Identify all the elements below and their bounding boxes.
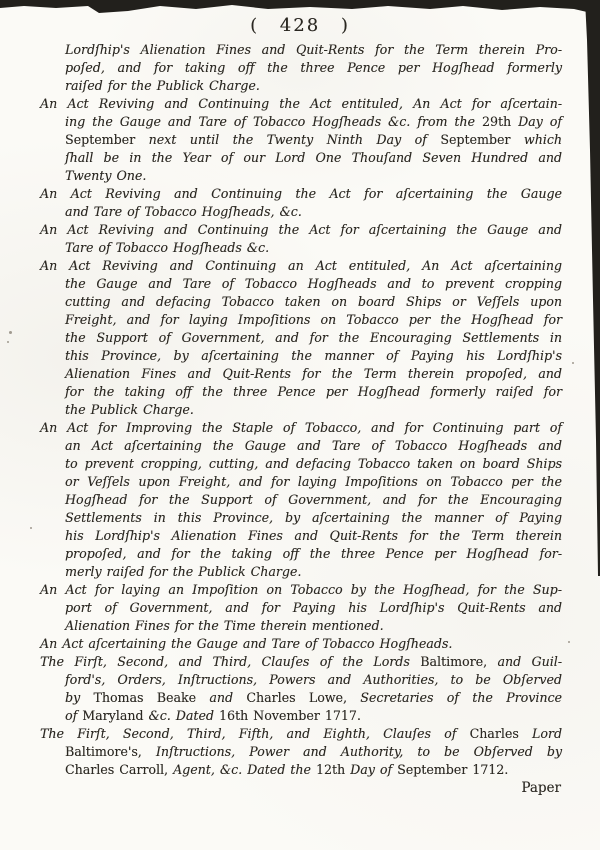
italic-text: Freight, and for laying Impoſitions on T… (65, 312, 562, 327)
italic-text: an Act aſcertaining the Gauge and Tare o… (65, 438, 562, 453)
text-line: Alienation Fines and Quit-Rents for the … (65, 365, 562, 383)
roman-text: 16th November 1717. (219, 708, 361, 723)
text-line: An Act aſcertaining the Gauge and Tare o… (40, 635, 562, 653)
italic-text: An Act for Improving the Staple of Tobac… (40, 420, 562, 435)
paragraph: The Firſt, Second, Third, Fifth, and Eig… (40, 725, 562, 779)
italic-text: An Act for laying an Impoſition on Tobac… (40, 582, 562, 597)
text-line: An Act Reviving and Continuing the Act f… (40, 221, 562, 239)
text-line: propoſed, and for the taking off the thr… (65, 545, 562, 563)
italic-text: and (196, 690, 246, 705)
text-line: An Act Reviving and Continuing an Act en… (40, 257, 562, 275)
roman-text: 12th (316, 762, 345, 777)
italic-text: propoſed, and for the taking off the thr… (65, 546, 562, 561)
book-page: ( 428 ) Lordſhip's Alienation Fines and … (0, 0, 600, 850)
text-line: Baltimore's, Inſtructions, Power and Aut… (65, 743, 562, 761)
text-line: to prevent cropping, cutting, and defaci… (65, 455, 562, 473)
text-line: The Firſt, Second, and Third, Clauſes of… (40, 653, 562, 671)
text-line: of Maryland &c. Dated 16th November 1717… (65, 707, 562, 725)
paper-speck (572, 362, 574, 364)
text-line: Lordſhip's Alienation Fines and Quit-Ren… (65, 41, 562, 59)
roman-text: Baltimore's, (65, 744, 142, 759)
italic-text: or Veſſels upon Freight, and for laying … (65, 474, 562, 489)
italic-text: Twenty One. (65, 168, 146, 183)
italic-text: for the taking off the three Pence per H… (65, 384, 562, 399)
italic-text: ſhall be in the Year of our Lord One Tho… (65, 150, 562, 165)
text-line: Tare of Tobacco Hogſheads &c. (65, 239, 562, 257)
italic-text: the Support of Government, and for the E… (65, 330, 562, 345)
paragraph: An Act for Improving the Staple of Tobac… (40, 419, 562, 581)
italic-text: &c. Dated (144, 708, 219, 723)
text-line: An Act Reviving and Continuing the Act f… (40, 185, 562, 203)
text-line: An Act for Improving the Staple of Tobac… (40, 419, 562, 437)
scan-edge-right (582, 0, 600, 576)
paper-speck (568, 641, 570, 643)
italic-text: Settlements in this Province, by aſcerta… (65, 510, 562, 525)
italic-text: An Act Reviving and Continuing the Act e… (40, 96, 562, 111)
text-line: ſhall be in the Year of our Lord One Tho… (65, 149, 562, 167)
italic-text: of (65, 708, 82, 723)
paragraph: An Act aſcertaining the Gauge and Tare o… (40, 635, 562, 653)
roman-text: September 1712. (397, 762, 508, 777)
italic-text: Lord (519, 726, 562, 741)
italic-text: raiſed for the Publick Charge. (65, 78, 260, 93)
italic-text: this Province, by aſcertaining the manne… (65, 348, 562, 363)
text-line: for the taking off the three Pence per H… (65, 383, 562, 401)
italic-text: Hogſhead for the Support of Government, … (65, 492, 562, 507)
italic-text: next until the Twenty Ninth Day of (135, 132, 440, 147)
text-line: cutting and defacing Tobacco taken on bo… (65, 293, 562, 311)
italic-text: port of Government, and for Paying his L… (65, 600, 562, 615)
roman-text: Maryland (82, 708, 143, 723)
italic-text: to prevent cropping, cutting, and defaci… (65, 456, 562, 471)
italic-text: The Firſt, Second, Third, Fifth, and Eig… (40, 726, 470, 741)
italic-text: Agent, &c. Dated the (168, 762, 316, 777)
roman-text: Thomas Beake (93, 690, 196, 705)
paper-speck (7, 341, 9, 343)
text-line: Charles Carroll, Agent, &c. Dated the 12… (65, 761, 562, 779)
italic-text: by (65, 690, 93, 705)
italic-text: Secretaries of the Province (347, 690, 562, 705)
paragraph: An Act for laying an Impoſition on Tobac… (40, 581, 562, 635)
roman-text: Baltimore, (420, 654, 487, 669)
italic-text: Lordſhip's Alienation Fines and Quit-Ren… (65, 42, 562, 57)
text-line: merly raiſed for the Publick Charge. (65, 563, 562, 581)
text-line: this Province, by aſcertaining the manne… (65, 347, 562, 365)
italic-text: An Act aſcertaining the Gauge and Tare o… (40, 636, 452, 651)
italic-text: ford's, Orders, Inſtructions, Powers and… (65, 672, 562, 687)
text-line: and Tare of Tobacco Hogſheads, &c. (65, 203, 562, 221)
italic-text: which (510, 132, 562, 147)
text-line: poſed, and for taking off the three Penc… (65, 59, 562, 77)
scan-edge-top (0, 0, 600, 15)
italic-text: The Firſt, Second, and Third, Clauſes of… (40, 654, 420, 669)
text-line: the Support of Government, and for the E… (65, 329, 562, 347)
page-number: ( 428 ) (0, 15, 600, 36)
text-line: September next until the Twenty Ninth Da… (65, 131, 562, 149)
roman-text: 29th (482, 114, 511, 129)
italic-text: and Guil- (487, 654, 562, 669)
page-content: Lordſhip's Alienation Fines and Quit-Ren… (40, 41, 562, 797)
italic-text: merly raiſed for the Publick Charge. (65, 564, 301, 579)
paper-speck (9, 331, 12, 334)
paper-speck (30, 527, 32, 529)
text-line: his Lordſhip's Alienation Fines and Quit… (65, 527, 562, 545)
italic-text: Alienation Fines and Quit-Rents for the … (65, 366, 562, 381)
text-line: the Publick Charge. (65, 401, 562, 419)
roman-text: September (65, 132, 135, 147)
text-line: Alienation Fines for the Time therein me… (65, 617, 562, 635)
text-line: Freight, and for laying Impoſitions on T… (65, 311, 562, 329)
italic-text: Inſtructions, Power and Authority, to be… (142, 744, 562, 759)
paragraph: An Act Reviving and Continuing the Act e… (40, 95, 562, 185)
text-line: ing the Gauge and Tare of Tobacco Hogſhe… (65, 113, 562, 131)
paragraph: The Firſt, Second, and Third, Clauſes of… (40, 653, 562, 725)
text-line: an Act aſcertaining the Gauge and Tare o… (65, 437, 562, 455)
italic-text: and Tare of Tobacco Hogſheads, &c. (65, 204, 302, 219)
paragraph: An Act Reviving and Continuing an Act en… (40, 257, 562, 419)
italic-text: An Act Reviving and Continuing an Act en… (40, 258, 562, 273)
text-line: Hogſhead for the Support of Government, … (65, 491, 562, 509)
text-line: or Veſſels upon Freight, and for laying … (65, 473, 562, 491)
roman-text: September (440, 132, 510, 147)
italic-text: Alienation Fines for the Time therein me… (65, 618, 384, 633)
roman-text: Charles Lowe, (246, 690, 347, 705)
italic-text: poſed, and for taking off the three Penc… (65, 60, 562, 75)
roman-text: Charles Carroll, (65, 762, 168, 777)
catchword: Paper (40, 779, 562, 797)
text-line: Settlements in this Province, by aſcerta… (65, 509, 562, 527)
text-line: An Act for laying an Impoſition on Tobac… (40, 581, 562, 599)
text-line: Twenty One. (65, 167, 562, 185)
text-line: raiſed for the Publick Charge. (65, 77, 562, 95)
text-line: the Gauge and Tare of Tobacco Hogſheads … (65, 275, 562, 293)
italic-text: the Gauge and Tare of Tobacco Hogſheads … (65, 276, 562, 291)
paragraph: An Act Reviving and Continuing the Act f… (40, 221, 562, 257)
text-line: The Firſt, Second, Third, Fifth, and Eig… (40, 725, 562, 743)
italic-text: Day of (345, 762, 397, 777)
page-body: Lordſhip's Alienation Fines and Quit-Ren… (40, 41, 562, 779)
paragraph: An Act Reviving and Continuing the Act f… (40, 185, 562, 221)
italic-text: the Publick Charge. (65, 402, 194, 417)
italic-text: his Lordſhip's Alienation Fines and Quit… (65, 528, 562, 543)
italic-text: An Act Reviving and Continuing the Act f… (40, 222, 562, 237)
italic-text: Tare of Tobacco Hogſheads &c. (65, 240, 269, 255)
roman-text: Charles (470, 726, 519, 741)
italic-text: An Act Reviving and Continuing the Act f… (40, 186, 562, 201)
paragraph: Lordſhip's Alienation Fines and Quit-Ren… (40, 41, 562, 95)
italic-text: ing the Gauge and Tare of Tobacco Hogſhe… (65, 114, 482, 129)
text-line: port of Government, and for Paying his L… (65, 599, 562, 617)
text-line: An Act Reviving and Continuing the Act e… (40, 95, 562, 113)
italic-text: cutting and defacing Tobacco taken on bo… (65, 294, 562, 309)
italic-text: Day of (511, 114, 562, 129)
text-line: ford's, Orders, Inſtructions, Powers and… (65, 671, 562, 689)
text-line: by Thomas Beake and Charles Lowe, Secret… (65, 689, 562, 707)
